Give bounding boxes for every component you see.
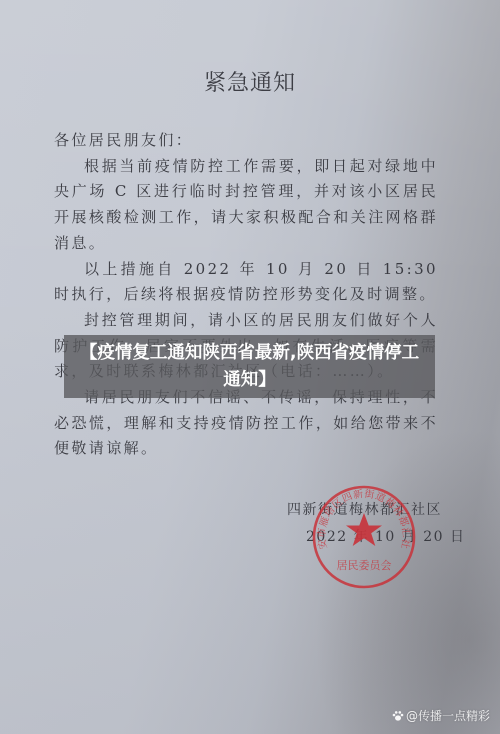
document-body: 各位居民朋友们： 根据当前疫情防控工作需要，即日起对绿地中央广场 C 区进行临时… [54, 128, 438, 462]
watermark: @传播一点精彩 [392, 707, 490, 724]
watermark-text: @传播一点精彩 [406, 707, 490, 724]
paragraph-2: 以上措施自 2022 年 10 月 20 日 15:30 时执行，后续将根据疫情… [54, 257, 438, 308]
document-title: 紧急通知 [0, 66, 500, 97]
paragraph-1: 根据当前疫情防控工作需要，即日起对绿地中央广场 C 区进行临时封控管理，并对该小… [54, 154, 438, 257]
seal-center-text: 居民委员会 [337, 558, 392, 572]
seal-star-icon [346, 513, 382, 546]
paw-icon [392, 710, 404, 722]
salutation: 各位居民朋友们： [54, 128, 438, 154]
official-seal-icon: 西安市雁塔区四新街道梅林都汇社区 居民委员会 [312, 485, 416, 589]
banner-text: 【疫情复工通知陕西省最新,陕西省疫情停工通知】 [78, 340, 421, 394]
overlay-title-banner: 【疫情复工通知陕西省最新,陕西省疫情停工通知】 [64, 335, 435, 398]
